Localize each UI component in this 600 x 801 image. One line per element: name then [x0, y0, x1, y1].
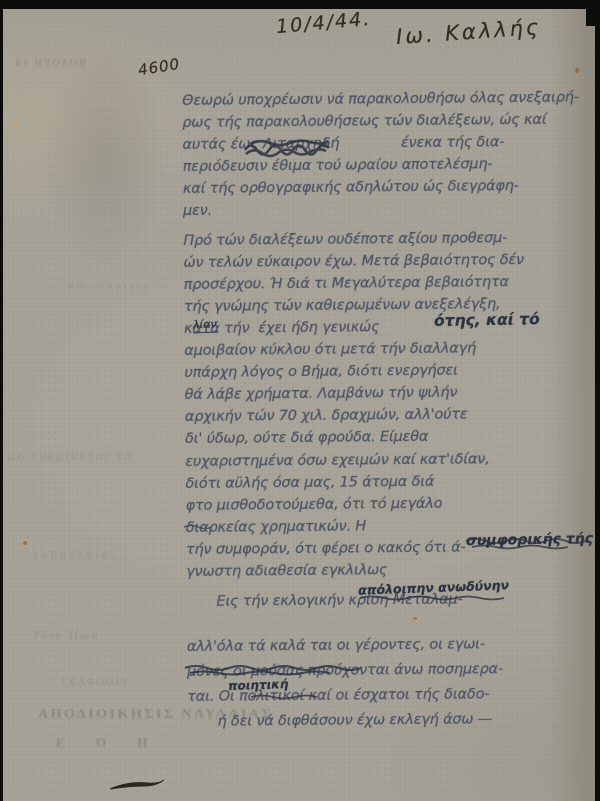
- bleedthrough-stamp: ΒΟΛΟΥΗ 14: [14, 58, 86, 69]
- scan-edge-top: [0, 0, 600, 9]
- bleedthrough-print: Καειπαυτείς: [68, 281, 150, 292]
- interline-insertion: ποιητική: [228, 677, 289, 693]
- crossed-out-word: συμφορικής τής: [466, 531, 593, 549]
- handwritten-line: γνωστη αδιαθεσία εγκλιλως: [186, 557, 598, 583]
- bleedthrough-letterhead-initials: Ε Ο Η: [56, 735, 161, 751]
- emphasized-words: ότης, καί τό: [434, 310, 540, 330]
- scanned-manuscript-page: ΒΟΛΟΥΗ 14 Καειπαυτείς μή εγκρίνεται τΧ γ…: [0, 0, 600, 801]
- scan-edge-corner: [586, 0, 600, 26]
- handwritten-line: αλλ'όλα τά καλά ται οι γέροντες, οι εγωι…: [187, 631, 599, 660]
- handwritten-line: ή δει νά διφθάσουν έχω εκλεγή άσω —: [187, 706, 599, 735]
- interline-insertion: λίαν: [193, 318, 217, 334]
- bleedthrough-print: γαβαγλαιας: [33, 547, 119, 562]
- handwritten-text: Θεωρώ υποχρέωσιν νά παρακολουθήσω όλας α…: [182, 86, 600, 735]
- bleedthrough-handwriting: μή εγκρίνεται τΧ: [8, 450, 134, 463]
- stain: [12, 120, 20, 127]
- bleedthrough-print: ΓΕΛΦΟΙΟΝ: [62, 677, 129, 688]
- bleedthrough-handwriting: Υϋιε ΙΙων: [33, 629, 99, 642]
- stain: [23, 541, 27, 545]
- stain: [575, 68, 579, 73]
- scan-edge-left: [0, 0, 3, 480]
- handwritten-line: μεν.: [183, 197, 595, 223]
